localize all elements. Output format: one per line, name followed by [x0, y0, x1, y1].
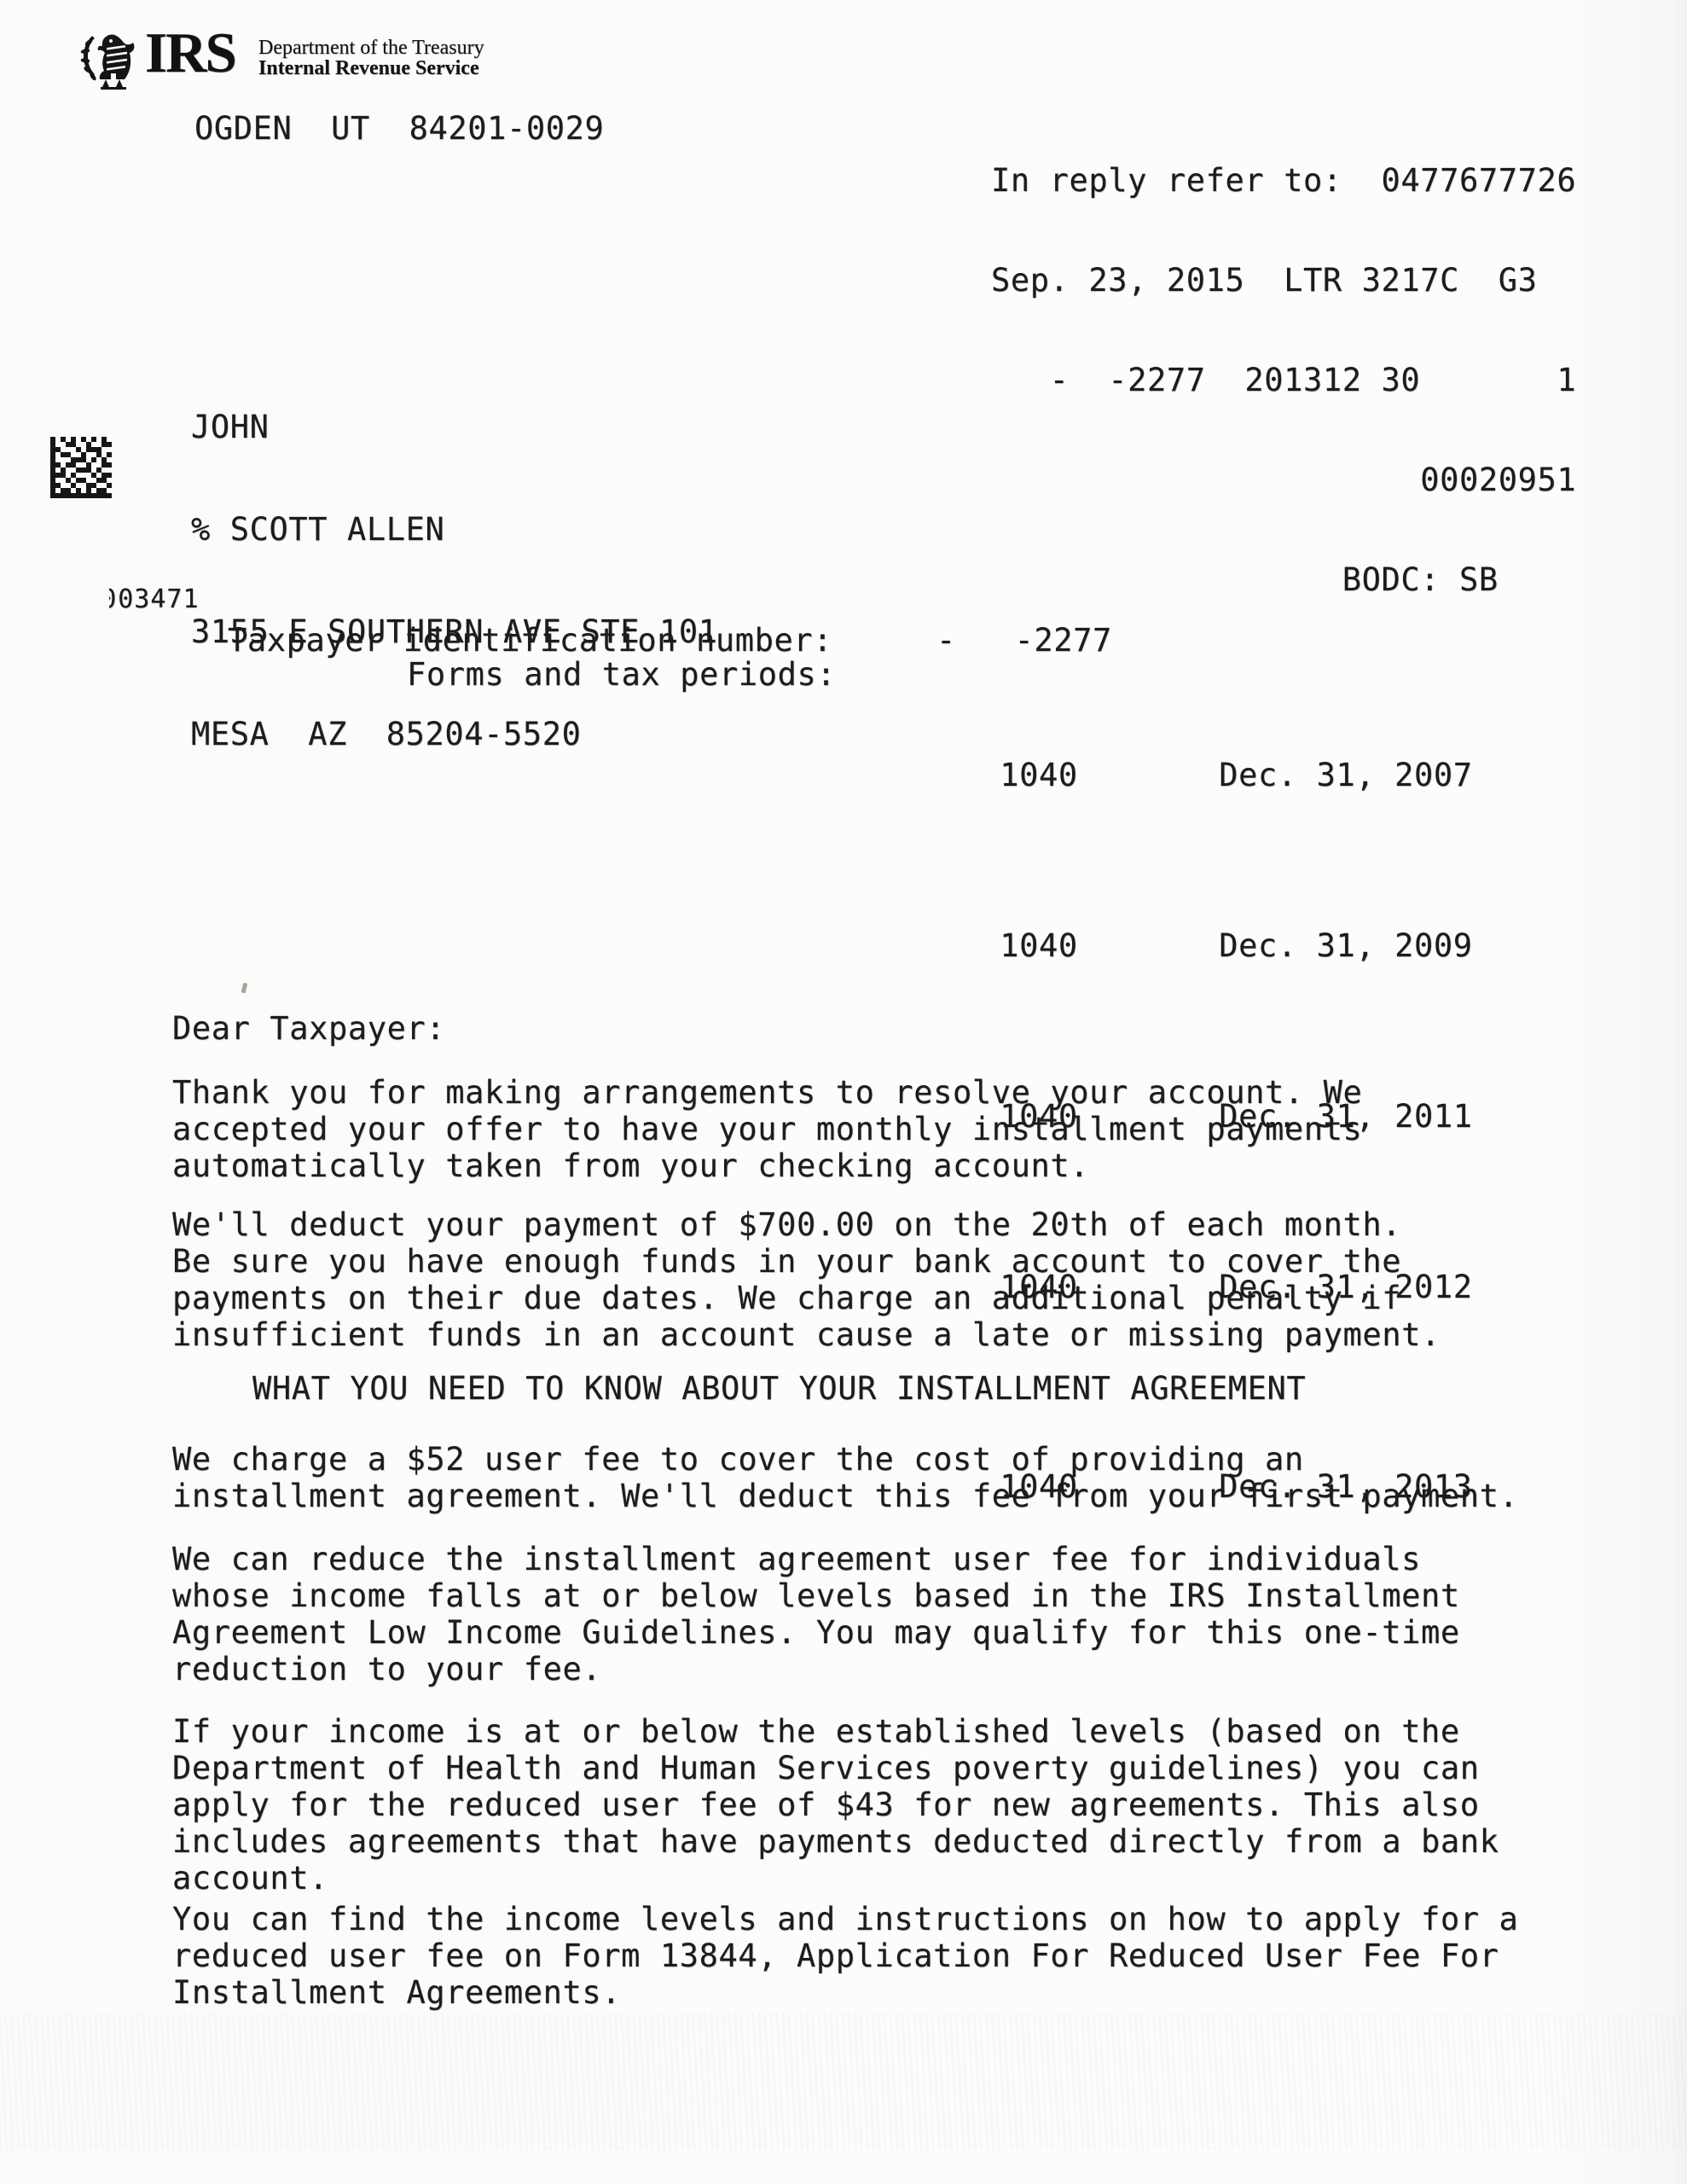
reply-line-refer-to: In reply refer to: 0477677726	[991, 164, 1576, 197]
section-heading: WHAT YOU NEED TO KNOW ABOUT YOUR INSTALL…	[252, 1370, 1306, 1407]
forms-row: 1040Dec. 31, 2009	[883, 895, 1473, 997]
department-lines: Department of the Treasury Internal Reve…	[258, 38, 484, 78]
body-paragraph-fee-reduction: We can reduce the installment agreement …	[172, 1541, 1460, 1687]
recipient-address-block: JOHN % SCOTT ALLEN 3155 E SOUTHERN AVE S…	[191, 342, 718, 820]
data-matrix-barcode	[50, 437, 112, 498]
reply-line-number: 00020951	[991, 463, 1576, 497]
tax-period: Dec. 31, 2009	[1219, 929, 1472, 963]
serial-number: 003471	[44, 555, 200, 644]
tax-period: Dec. 31, 2007	[1219, 758, 1472, 793]
body-paragraph-user-fee: We charge a $52 user fee to cover the co…	[172, 1441, 1518, 1514]
forms-periods-label: Forms and tax periods:	[407, 656, 836, 693]
service-center-address: OGDEN UT 84201-0029	[194, 112, 604, 146]
reply-reference-block: In reply refer to: 0477677726 Sep. 23, 2…	[991, 97, 1576, 663]
recipient-city-state-zip: MESA AZ 85204-5520	[191, 717, 718, 752]
reply-line-date-ltr: Sep. 23, 2015 LTR 3217C G3	[991, 264, 1576, 297]
forms-row: 1040Dec. 31, 2007	[883, 724, 1473, 827]
body-paragraph-reduced-fee: If your income is at or below the establ…	[172, 1713, 1499, 1896]
scan-artifact	[241, 983, 248, 994]
department-line-2: Internal Revenue Service	[258, 58, 484, 78]
form-number: 1040	[1000, 758, 1219, 793]
reply-line-bodc: BODC: SB	[991, 563, 1576, 596]
irs-eagle-logo	[80, 34, 142, 90]
body-paragraph-deduction: We'll deduct your payment of $700.00 on …	[172, 1206, 1441, 1353]
tin-label: Taxpayer identification number:	[228, 622, 832, 659]
reply-line-tin-period: - -2277 201312 30 1	[991, 363, 1576, 397]
recipient-name: JOHN	[191, 410, 718, 444]
department-line-1: Department of the Treasury	[258, 38, 484, 58]
body-paragraph-form-13844: You can find the income levels and instr…	[172, 1901, 1518, 2011]
serial-clipped-digit: 0	[109, 584, 118, 614]
irs-wordmark: IRS	[145, 20, 235, 86]
irs-letter-page: IRS Department of the Treasury Internal …	[0, 0, 1687, 2184]
salutation: Dear Taxpayer:	[172, 1010, 445, 1047]
recipient-care-of: % SCOTT ALLEN	[191, 513, 718, 547]
body-paragraph-thanks: Thank you for making arrangements to res…	[172, 1074, 1362, 1184]
form-number: 1040	[1000, 929, 1219, 963]
tin-value: - -2277	[936, 622, 1112, 659]
